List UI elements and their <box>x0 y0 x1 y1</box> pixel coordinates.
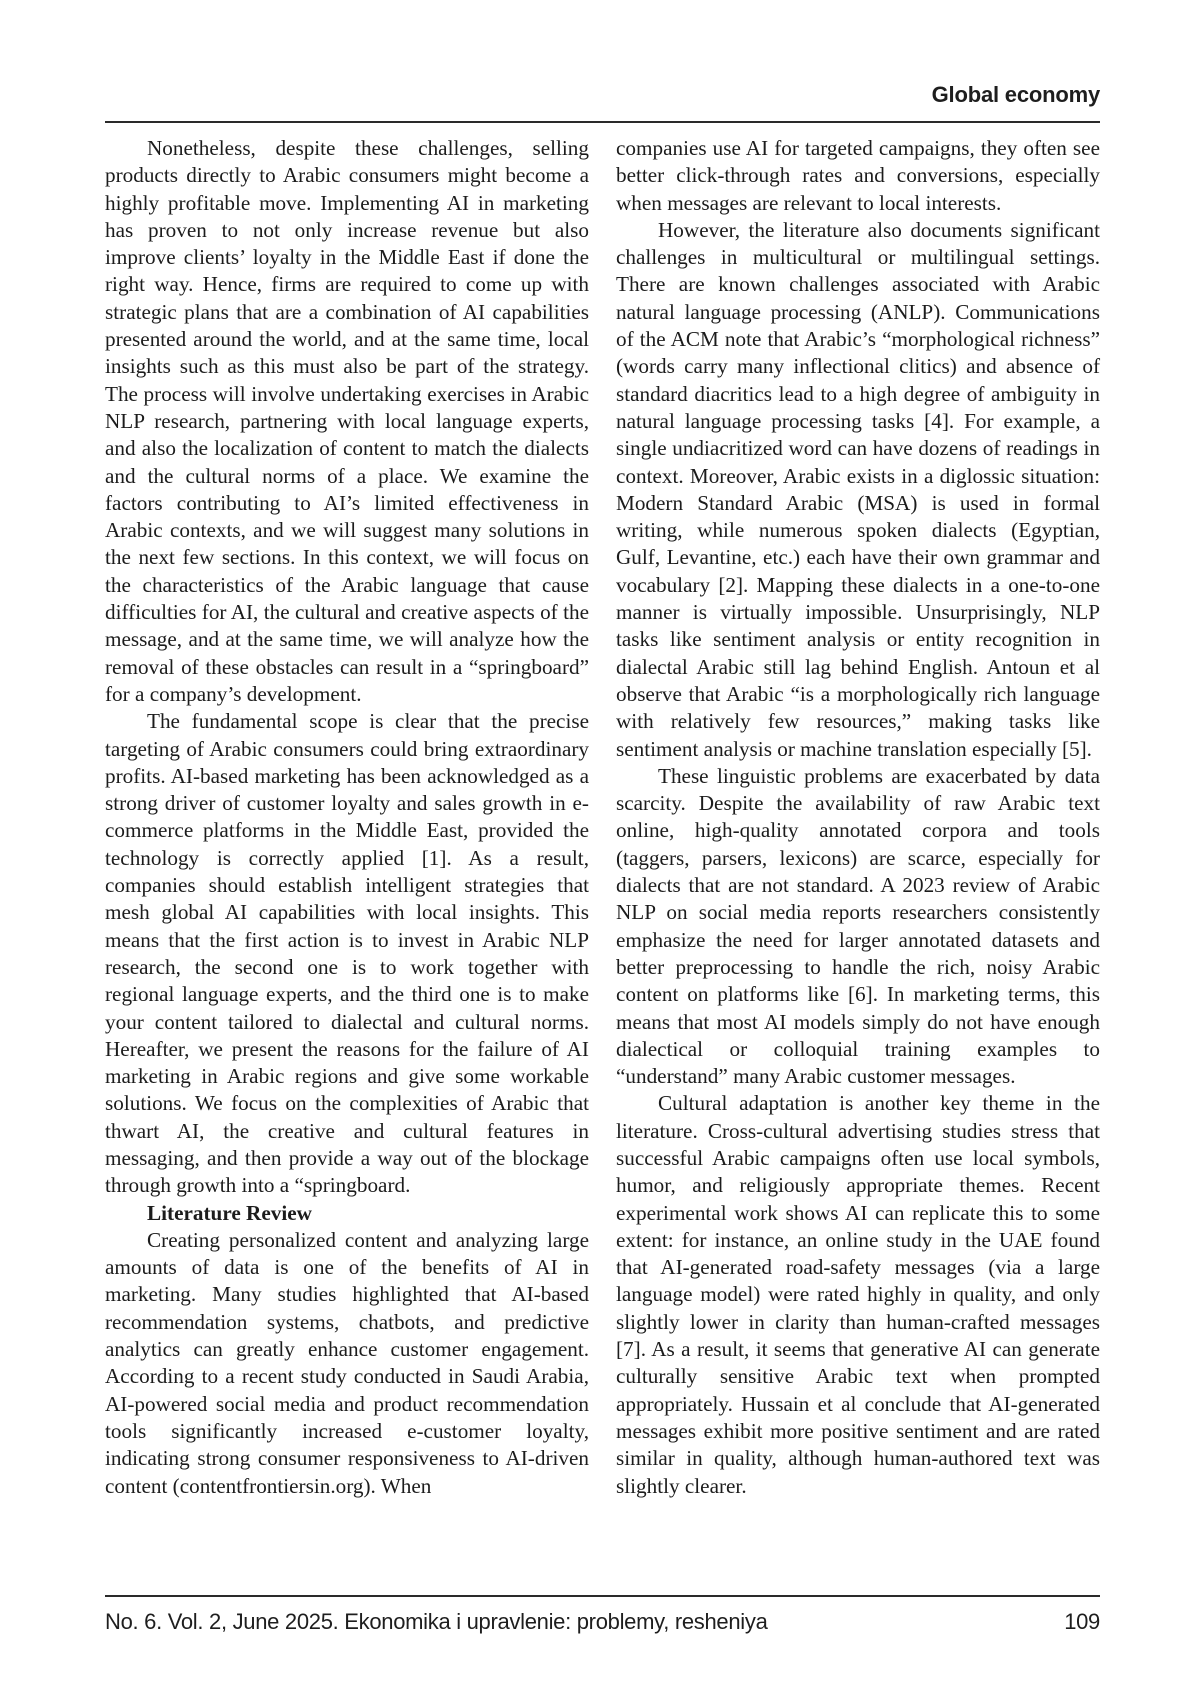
running-head-section-title: Global economy <box>932 82 1100 108</box>
right-column: companies use AI for targeted campaigns,… <box>616 135 1100 1500</box>
footer-rule <box>105 1595 1100 1597</box>
journal-citation: No. 6. Vol. 2, June 2025. Ekonomika i up… <box>105 1609 768 1635</box>
page-number: 109 <box>1064 1609 1100 1635</box>
two-column-body: Nonetheless, despite these challenges, s… <box>105 135 1100 1500</box>
page-footer: No. 6. Vol. 2, June 2025. Ekonomika i up… <box>105 1609 1100 1635</box>
header-rule <box>105 121 1100 123</box>
body-paragraph-continuation: companies use AI for targeted campaigns,… <box>616 135 1100 217</box>
body-paragraph: These linguistic problems are exacerbate… <box>616 763 1100 1091</box>
left-column: Nonetheless, despite these challenges, s… <box>105 135 589 1500</box>
section-heading-literature-review: Literature Review <box>105 1200 589 1227</box>
body-paragraph: However, the literature also documents s… <box>616 217 1100 763</box>
body-paragraph: Creating personalized content and analyz… <box>105 1227 589 1500</box>
body-paragraph: The fundamental scope is clear that the … <box>105 708 589 1199</box>
body-paragraph: Cultural adaptation is another key theme… <box>616 1090 1100 1499</box>
body-paragraph: Nonetheless, despite these challenges, s… <box>105 135 589 708</box>
